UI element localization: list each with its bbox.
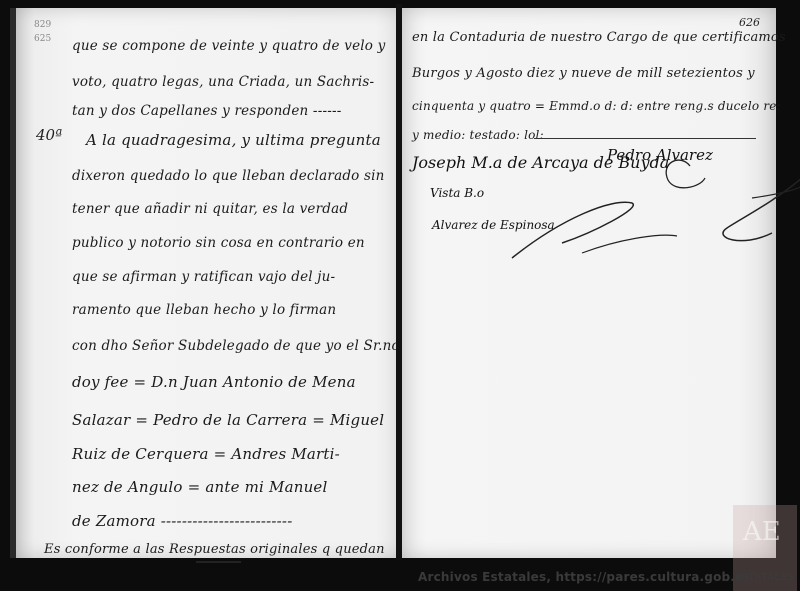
logo-letters: AE [743,517,781,547]
text-line: voto, quatro legas, una Criada, un Sachr… [72,74,374,90]
text-line: Ruiz de Cerquera = Andres Marti- [72,445,340,463]
manuscript-spread: 829 625 40ª que se compone de veinte y q… [0,0,800,591]
text-line: Es conforme a las Respuestas originales … [44,542,385,557]
text-line: cinquenta y quatro = Emmd.o d: d: entre … [412,99,781,113]
text-line: que se compone de veinte y quatro de vel… [72,38,385,54]
right-page: 626 en la Contaduria de nuestro Cargo de… [402,8,776,558]
text-line: nez de Angulo = ante mi Manuel [72,478,328,496]
signature-flourish-icon [502,158,800,268]
faint-folio-mark: 625 [34,34,51,44]
text-line: tener que añadir ni quitar, es la verdad [72,201,348,217]
folio-number: 626 [739,16,760,29]
text-line: dixeron quedado lo que lleban declarado … [72,168,385,184]
text-line: publico y notorio sin cosa en contrario … [72,235,365,251]
faint-folio-mark: 829 [34,20,51,30]
text-line: Burgos y Agosto diez y nueve de mill set… [412,66,755,81]
underline-flourish [196,561,241,563]
archive-credit-link[interactable]: Archivos Estatales, https://pares.cultur… [418,570,751,584]
text-line: que se afirman y ratifican vajo del ju- [72,269,335,285]
text-line: doy fee = D.n Juan Antonio de Mena [72,373,356,391]
text-line: A la quadragesima, y ultima pregunta [86,131,381,149]
text-line: Salazar = Pedro de la Carrera = Miguel [72,411,384,429]
text-line: tan y dos Capellanes y responden ------ [72,103,342,119]
text-line: en la Contaduria de nuestro Cargo de que… [412,30,786,45]
text-line: ramento que lleban hecho y lo firman [72,302,336,318]
text-line: y medio: testado: lol: [412,128,544,142]
margin-note: 40ª [36,126,62,144]
text-line: de Zamora ------------------------- [72,512,292,530]
text-line: con dho Señor Subdelegado de que yo el S… [72,338,400,354]
left-page: 829 625 40ª que se compone de veinte y q… [10,8,404,558]
closing-rule [534,138,756,139]
signature: Vista B.o [430,186,484,200]
